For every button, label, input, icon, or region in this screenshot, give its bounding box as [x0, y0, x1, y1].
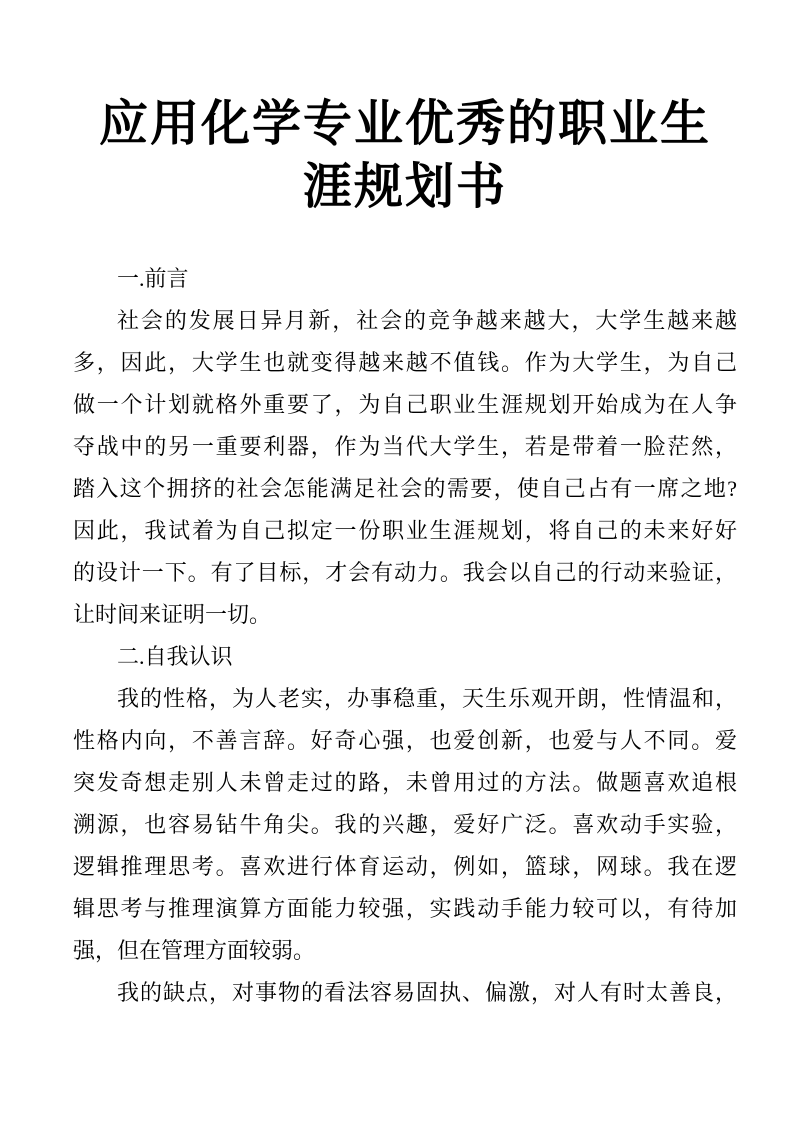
paragraph-preface-line-3: 做一个计划就格外重要了，为自己职业生涯规划开始成为在人争 [73, 384, 737, 426]
paragraph-preface-line-7: 的设计一下。有了目标，才会有动力。我会以自己的行动来验证， [73, 552, 737, 594]
paragraph-self-awareness-line-1: 我的性格，为人老实，办事稳重，天生乐观开朗，性情温和， [73, 678, 737, 720]
document-title-line-1: 应用化学专业优秀的职业生 [73, 93, 737, 156]
paragraph-self-awareness-line-7: 强，但在管理方面较弱。 [73, 930, 737, 972]
paragraph-self-awareness-line-6: 辑思考与推理演算方面能力较强，实践动手能力较可以，有待加 [73, 888, 737, 930]
paragraph-preface-line-4: 夺战中的另一重要利器，作为当代大学生，若是带着一脸茫然， [73, 426, 737, 468]
section-heading-preface-line-1: 一.前言 [73, 258, 737, 300]
paragraph-preface-line-6: 因此，我试着为自己拟定一份职业生涯规划，将自己的未来好好 [73, 510, 737, 552]
paragraph-preface-line-5: 踏入这个拥挤的社会怎能满足社会的需要，使自己占有一席之地? [73, 468, 737, 510]
document-title-line-2: 涯规划书 [73, 156, 737, 219]
paragraph-self-awareness-line-4: 溯源，也容易钻牛角尖。我的兴趣，爱好广泛。喜欢动手实验， [73, 804, 737, 846]
paragraph-preface-line-1: 社会的发展日异月新，社会的竞争越来越大，大学生越来越 [73, 300, 737, 342]
document-body: 一.前言社会的发展日异月新，社会的竞争越来越大，大学生越来越多，因此，大学生也就… [73, 258, 737, 1014]
paragraph-self-awareness-line-3: 突发奇想走别人未曾走过的路，未曾用过的方法。做题喜欢追根 [73, 762, 737, 804]
paragraph-shortcomings-line-1: 我的缺点，对事物的看法容易固执、偏激，对人有时太善良， [73, 972, 737, 1014]
paragraph-preface-line-8: 让时间来证明一切。 [73, 594, 737, 636]
document-title: 应用化学专业优秀的职业生 涯规划书 [73, 93, 737, 219]
document-page: 应用化学专业优秀的职业生 涯规划书 一.前言社会的发展日异月新，社会的竞争越来越… [0, 0, 793, 1122]
paragraph-self-awareness-line-2: 性格内向，不善言辞。好奇心强，也爱创新，也爱与人不同。爱 [73, 720, 737, 762]
paragraph-self-awareness-line-5: 逻辑推理思考。喜欢进行体育运动，例如，篮球，网球。我在逻 [73, 846, 737, 888]
section-heading-self-awareness-line-1: 二.自我认识 [73, 636, 737, 678]
paragraph-preface-line-2: 多，因此，大学生也就变得越来越不值钱。作为大学生，为自己 [73, 342, 737, 384]
